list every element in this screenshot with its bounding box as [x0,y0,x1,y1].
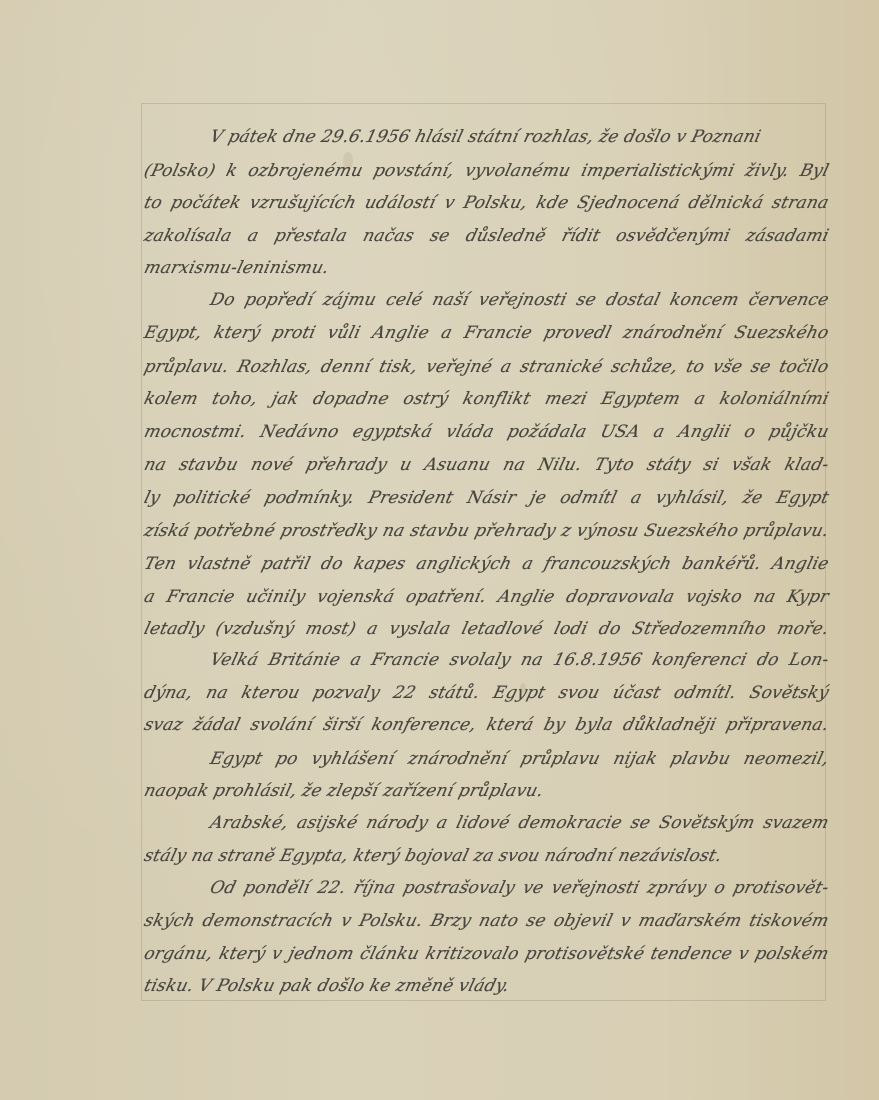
text-line: to počátek vzrušujících událostí v Polsk… [142,193,831,213]
text-line: zakolísala a přestala načas se důsledně … [142,226,831,246]
text-line: orgánu, který v jednom článku kritizoval… [142,944,831,964]
text-line: a Francie učinily vojenská opatření. Ang… [142,587,831,607]
text-line: letadly (vzdušný most) a vyslala letadlo… [142,619,831,639]
text-line: kolem toho, jak dopadne ostrý konflikt m… [142,389,831,409]
text-line: marxismu-leninismu. [142,258,831,278]
text-line: V pátek dne 29.6.1956 hlásil státní rozh… [142,127,831,147]
text-line: Egypt po vyhlášení znárodnění průplavu n… [142,749,831,769]
text-line: naopak prohlásil, že zlepší zařízení prů… [142,781,831,801]
text-line: dýna, na kterou pozvaly 22 států. Egypt … [142,683,831,703]
text-line: ly politické podmínky. President Násir j… [142,488,831,508]
text-line: Ten vlastně patřil do kapes anglických a… [142,554,831,574]
text-line: (Polsko) k ozbrojenému povstání, vyvolan… [142,161,831,181]
text-line: Do popředí zájmu celé naší veřejnosti se… [142,290,831,310]
text-line: na stavbu nové přehrady u Asuanu na Nilu… [142,455,831,475]
text-line: mocnostmi. Nedávno egyptská vláda požáda… [142,422,831,442]
text-line: tisku. V Polsku pak došlo ke změně vlády… [142,976,831,996]
text-line: stály na straně Egypta, který bojoval za… [142,846,831,866]
text-line: Egypt, který proti vůli Anglie a Francie… [142,323,831,343]
paper-page: V pátek dne 29.6.1956 hlásil státní rozh… [0,0,879,1100]
text-line: průplavu. Rozhlas, denní tisk, veřejné a… [142,357,831,377]
text-line: Velká Británie a Francie svolaly na 16.8… [142,650,831,670]
text-line: získá potřebné prostředky na stavbu přeh… [142,521,831,541]
text-line: Arabské, asijské národy a lidové demokra… [142,813,831,833]
text-line: svaz žádal svolání širší konference, kte… [142,715,831,735]
text-line: ských demonstracích v Polsku. Brzy nato … [142,911,831,931]
text-line: Od pondělí 22. října postrašovaly ve veř… [142,878,831,898]
